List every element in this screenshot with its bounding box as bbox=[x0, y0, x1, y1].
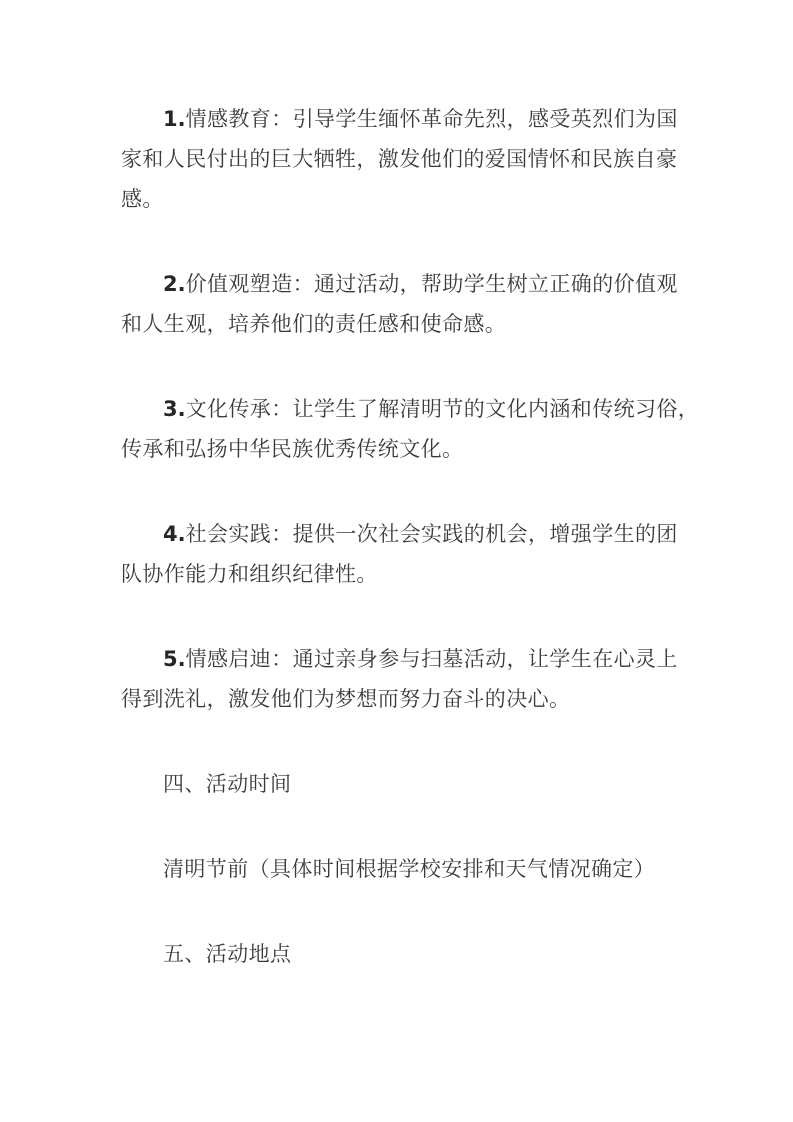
document-content: 1.情感教育：引导学生缅怀革命先烈，感受英烈们为国 家和人民付出的巨大牺牲，激发… bbox=[121, 99, 678, 974]
objective-4-number: 4. bbox=[163, 522, 186, 546]
section-heading-time-text: 四、活动时间 bbox=[163, 772, 291, 796]
paragraph-objective-4: 4.社会实践：提供一次社会实践的机会，增强学生的团 队协作能力和组织纪律性。 bbox=[121, 514, 678, 594]
objective-3-number: 3. bbox=[163, 397, 186, 421]
section-heading-time: 四、活动时间 bbox=[121, 764, 678, 804]
document-page: 1.情感教育：引导学生缅怀革命先烈，感受英烈们为国 家和人民付出的巨大牺牲，激发… bbox=[0, 0, 793, 1122]
paragraph-objective-5: 5.情感启迪：通过亲身参与扫墓活动，让学生在心灵上 得到洗礼，激发他们为梦想而努… bbox=[121, 639, 678, 719]
objective-5-text: 情感启迪：通过亲身参与扫墓活动，让学生在心灵上 得到洗礼，激发他们为梦想而努力奋… bbox=[121, 647, 678, 711]
objective-1-text: 情感教育：引导学生缅怀革命先烈，感受英烈们为国 家和人民付出的巨大牺牲，激发他们… bbox=[121, 107, 678, 211]
objective-4-text: 社会实践：提供一次社会实践的机会，增强学生的团 队协作能力和组织纪律性。 bbox=[121, 522, 678, 586]
objective-5-number: 5. bbox=[163, 647, 186, 671]
paragraph-objective-1: 1.情感教育：引导学生缅怀革命先烈，感受英烈们为国 家和人民付出的巨大牺牲，激发… bbox=[121, 99, 678, 219]
paragraph-time-detail: 清明节前（具体时间根据学校安排和天气情况确定） bbox=[121, 849, 678, 889]
objective-2-number: 2. bbox=[163, 272, 186, 296]
objective-2-text: 价值观塑造：通过活动，帮助学生树立正确的价值观 和人生观，培养他们的责任感和使命… bbox=[121, 272, 678, 336]
paragraph-objective-2: 2.价值观塑造：通过活动，帮助学生树立正确的价值观 和人生观，培养他们的责任感和… bbox=[121, 264, 678, 344]
section-heading-location-text: 五、活动地点 bbox=[163, 942, 291, 966]
objective-1-number: 1. bbox=[163, 107, 186, 131]
paragraph-objective-3: 3.文化传承：让学生了解清明节的文化内涵和传统习俗， 传承和弘扬中华民族优秀传统… bbox=[121, 389, 678, 469]
section-heading-location: 五、活动地点 bbox=[121, 934, 678, 974]
objective-3-text: 文化传承：让学生了解清明节的文化内涵和传统习俗， 传承和弘扬中华民族优秀传统文化… bbox=[121, 397, 699, 461]
paragraph-time-detail-text: 清明节前（具体时间根据学校安排和天气情况确定） bbox=[163, 857, 655, 881]
